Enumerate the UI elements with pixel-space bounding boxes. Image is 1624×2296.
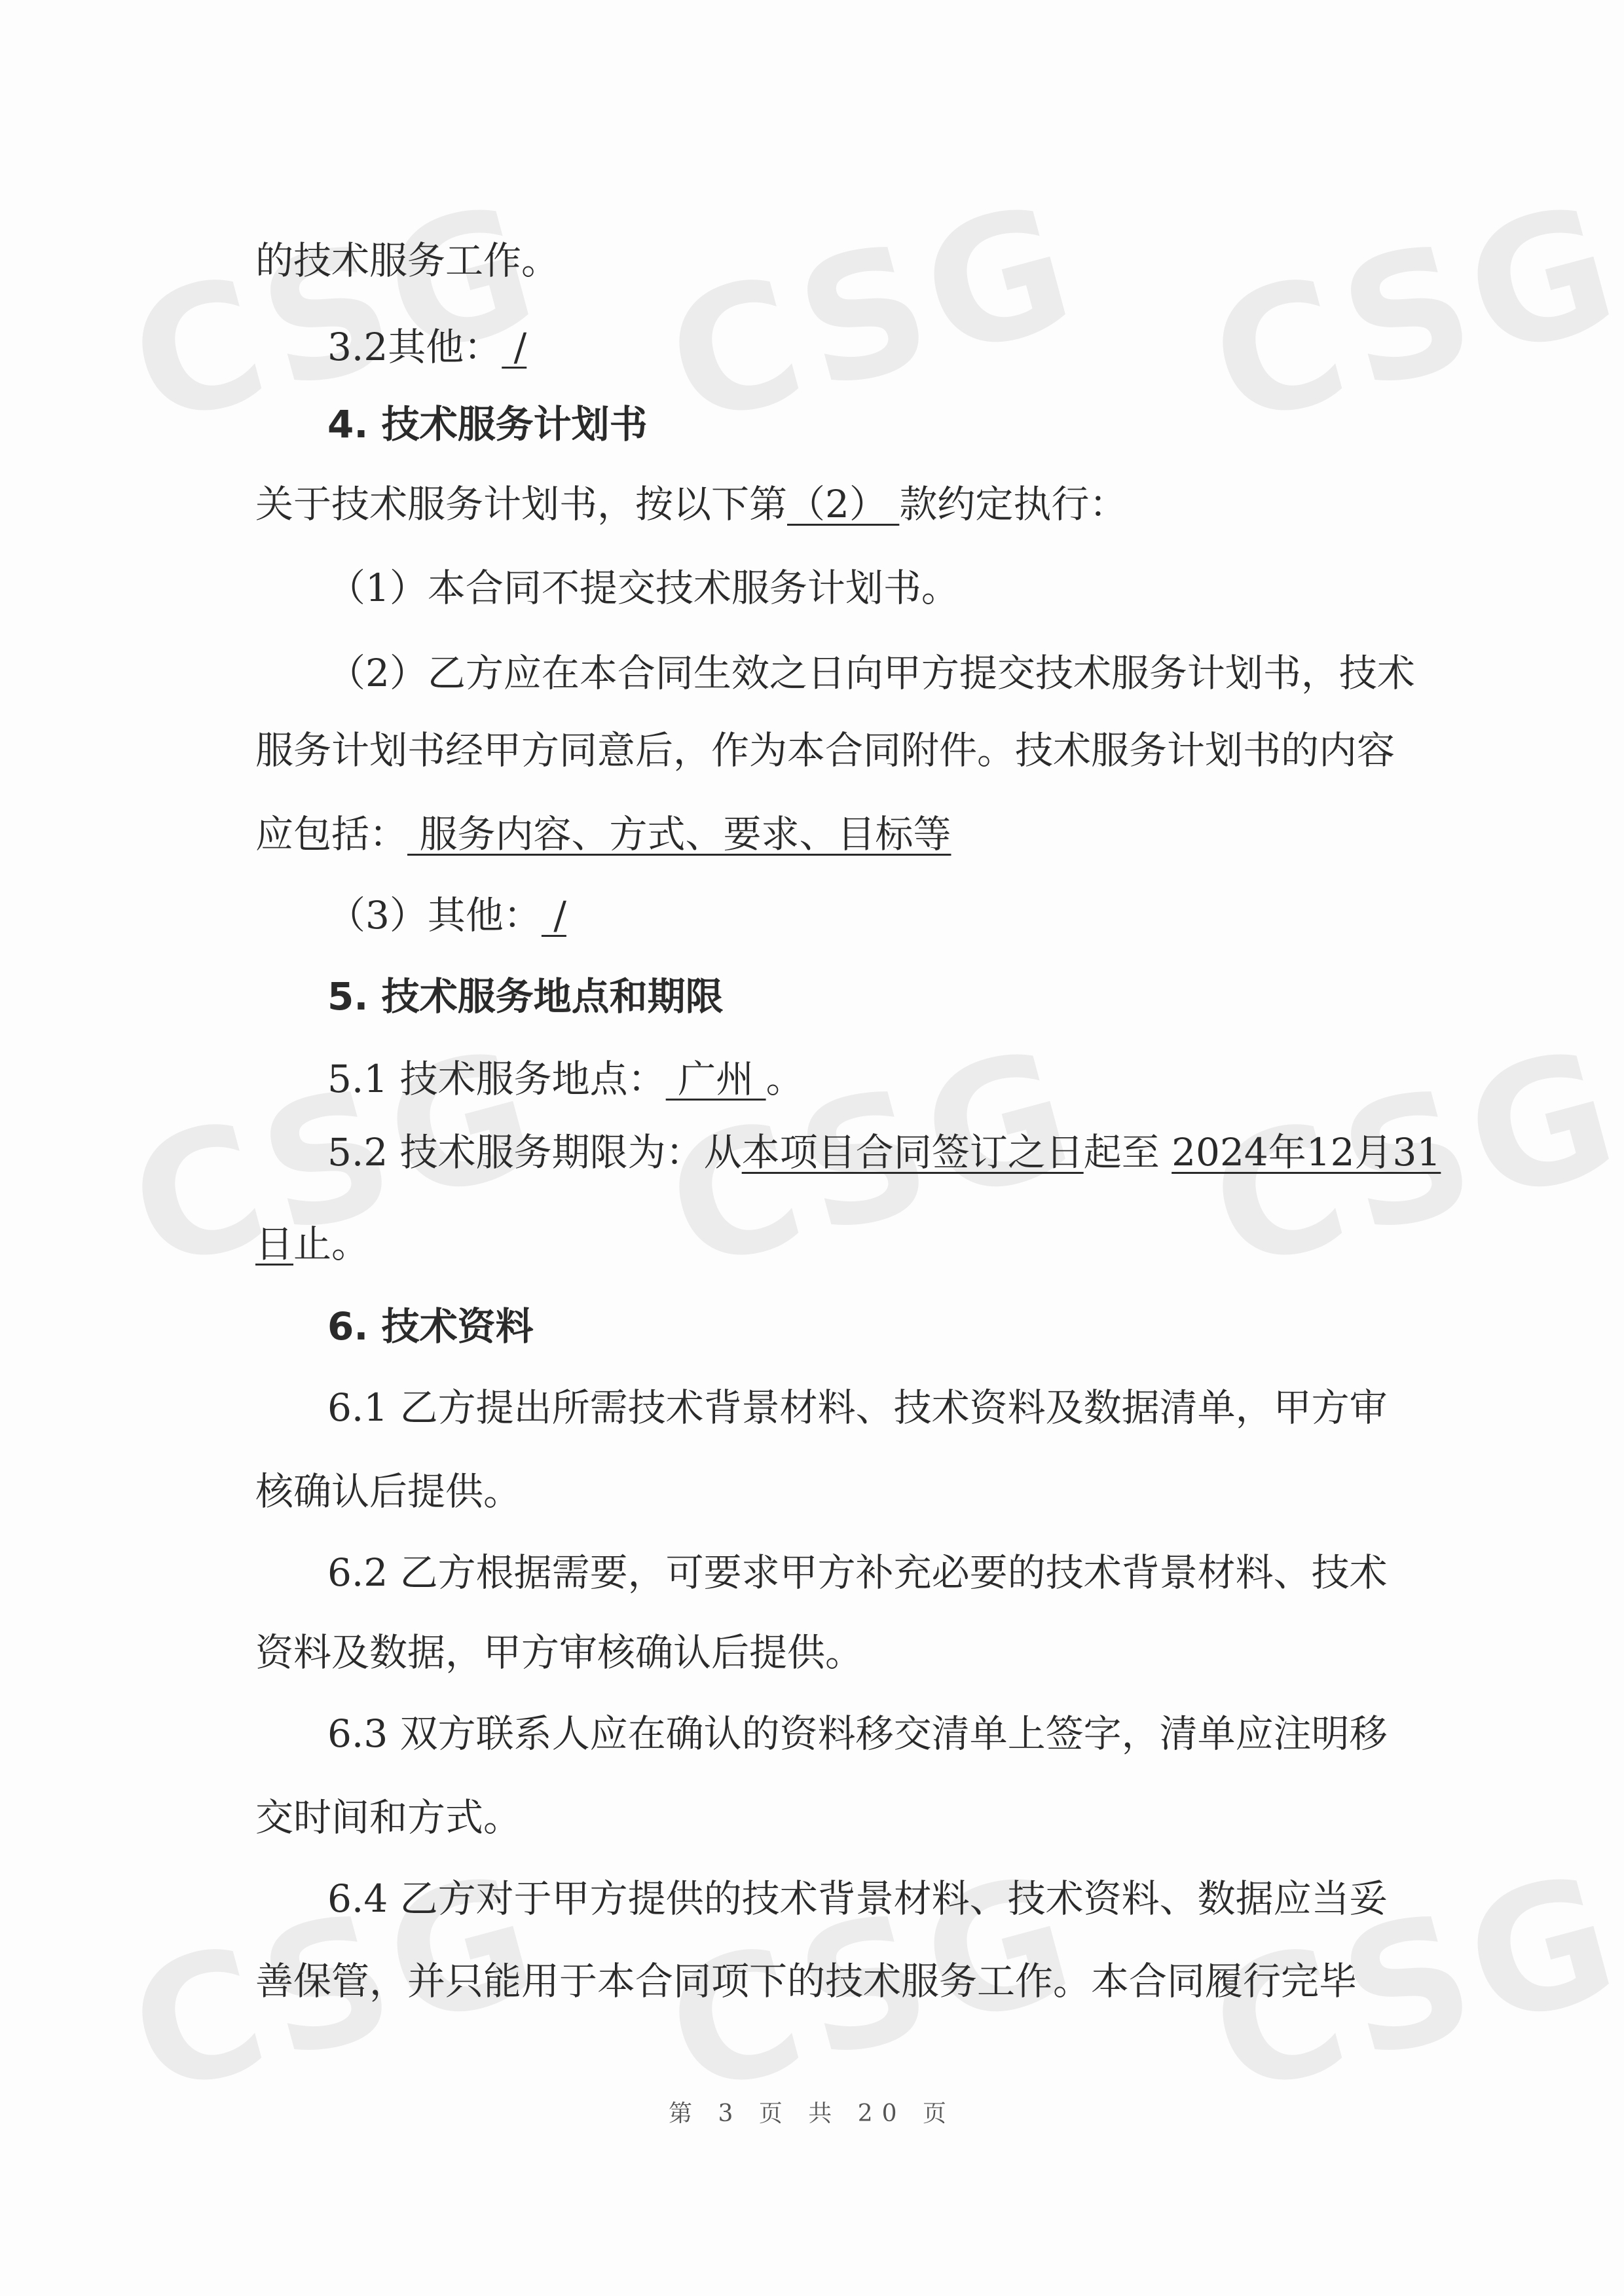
text: 款约定执行：: [899, 482, 1127, 526]
watermark-text: CSG: [1193, 166, 1624, 464]
paragraph: 应包括： 服务内容、方式、要求、目标等: [255, 808, 951, 860]
page-number: 第 3 页 共 20 页: [0, 2095, 1624, 2128]
text: （3）其他：: [327, 893, 542, 938]
text: 6.4 乙方对于甲方提供的技术背景材料、技术资料、数据应当妥: [327, 1876, 1388, 1921]
text: 5.2 技术服务期限为：从: [327, 1130, 742, 1175]
text: 资料及数据，甲方审核确认后提供。: [255, 1630, 863, 1675]
paragraph: 日止。: [255, 1218, 369, 1270]
clause-6-1: 6.1 乙方提出所需技术背景材料、技术资料及数据清单，甲方审: [327, 1381, 1388, 1434]
filled-blank: （2）: [787, 482, 899, 526]
text: （2）乙方应在本合同生效之日向甲方提交技术服务计划书，技术: [327, 651, 1415, 695]
text: 5.1 技术服务地点：: [327, 1057, 666, 1101]
text: （1）本合同不提交技术服务计划书。: [327, 566, 959, 610]
filled-blank: 服务内容、方式、要求、目标等: [407, 812, 951, 856]
clause-5-1: 5.1 技术服务地点： 广州 。: [327, 1053, 804, 1105]
text: 的技术服务工作。: [255, 238, 559, 283]
clause-6-4: 6.4 乙方对于甲方提供的技术背景材料、技术资料、数据应当妥: [327, 1872, 1388, 1925]
option-2: （2）乙方应在本合同生效之日向甲方提交技术服务计划书，技术: [327, 647, 1415, 699]
paragraph: 服务计划书经甲方同意后，作为本合同附件。技术服务计划书的内容: [255, 724, 1395, 776]
section-heading-5: 5. 技术服务地点和期限: [327, 970, 724, 1023]
filled-blank: /: [502, 325, 526, 369]
clause-6-2: 6.2 乙方根据需要，可要求甲方补充必要的技术背景材料、技术: [327, 1546, 1388, 1599]
paragraph: 关于技术服务计划书，按以下第（2） 款约定执行：: [255, 478, 1127, 530]
text: 6.3 双方联系人应在确认的资料移交清单上签字，清单应注明移: [327, 1711, 1388, 1756]
text: 应包括：: [255, 812, 407, 856]
text: 服务计划书经甲方同意后，作为本合同附件。技术服务计划书的内容: [255, 728, 1395, 773]
clause-5-2: 5.2 技术服务期限为：从本项目合同签订之日起至 2024年12月31: [327, 1126, 1441, 1178]
filled-blank: /: [542, 893, 566, 938]
clause-6-3: 6.3 双方联系人应在确认的资料移交清单上签字，清单应注明移: [327, 1707, 1388, 1760]
paragraph: 交时间和方式。: [255, 1791, 521, 1844]
text: 6.2 乙方根据需要，可要求甲方补充必要的技术背景材料、技术: [327, 1550, 1388, 1595]
text: 。: [766, 1057, 804, 1101]
paragraph: 核确认后提供。: [255, 1465, 521, 1518]
text: 止。: [293, 1222, 369, 1266]
filled-blank: 本项目合同签订之日: [742, 1130, 1084, 1175]
paragraph: 资料及数据，甲方审核确认后提供。: [255, 1626, 863, 1679]
text: 起至: [1084, 1130, 1172, 1175]
text: 6.1 乙方提出所需技术背景材料、技术资料及数据清单，甲方审: [327, 1385, 1388, 1430]
clause-3-2: 3.2其他： /: [327, 321, 526, 373]
text: 交时间和方式。: [255, 1795, 521, 1840]
heading: 4. 技术服务计划书: [327, 402, 648, 446]
text: 善保管，并只能用于本合同项下的技术服务工作。本合同履行完毕: [255, 1959, 1357, 2003]
section-heading-6: 6. 技术资料: [327, 1300, 534, 1353]
filled-blank: 广州: [666, 1057, 766, 1101]
filled-blank: 2024年12月31: [1172, 1130, 1441, 1175]
heading: 6. 技术资料: [327, 1304, 534, 1349]
paragraph: 善保管，并只能用于本合同项下的技术服务工作。本合同履行完毕: [255, 1955, 1357, 2007]
filled-blank: 日: [255, 1222, 293, 1266]
heading: 5. 技术服务地点和期限: [327, 974, 724, 1019]
watermark-text: CSG: [650, 166, 1097, 464]
paragraph: 的技术服务工作。: [255, 234, 559, 287]
option-1: （1）本合同不提交技术服务计划书。: [327, 562, 959, 614]
text: 核确认后提供。: [255, 1469, 521, 1514]
text: 3.2其他：: [327, 325, 502, 369]
section-heading-4: 4. 技术服务计划书: [327, 398, 648, 450]
text: 关于技术服务计划书，按以下第: [255, 482, 787, 526]
option-3: （3）其他： /: [327, 889, 566, 941]
